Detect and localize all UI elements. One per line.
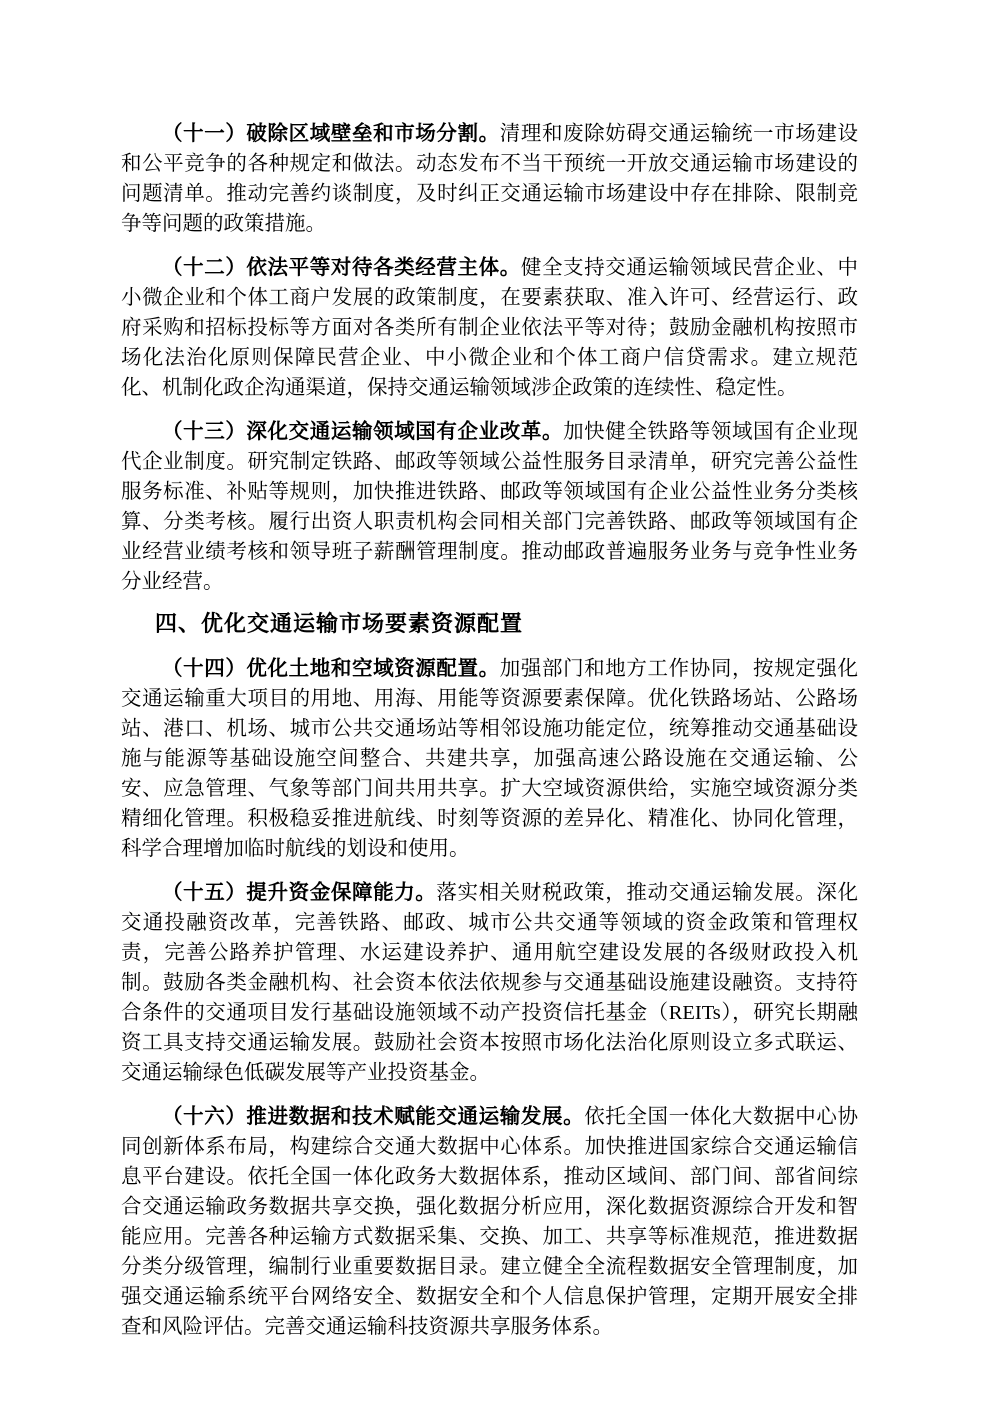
paragraph-item-15-lead: （十五）提升资金保障能力。 — [162, 880, 436, 904]
paragraph-item-15-body: 落实相关财税政策，推动交通运输发展。深化交通投融资改革，完善铁路、邮政、城市公共… — [121, 882, 858, 1084]
section-heading-4: 四、优化交通运输市场要素资源配置 — [121, 610, 858, 640]
paragraph-item-12-lead: （十二）依法平等对待各类经营主体。 — [162, 255, 521, 279]
paragraph-item-16: （十六）推进数据和技术赋能交通运输发展。依托全国一体化大数据中心协同创新体系布局… — [121, 1101, 858, 1342]
document-page: （十一）破除区域壁垒和市场分割。清理和废除妨碍交通运输统一市场建设和公平竞争的各… — [0, 0, 991, 1403]
document-content: （十一）破除区域壁垒和市场分割。清理和废除妨碍交通运输统一市场建设和公平竞争的各… — [121, 118, 858, 1355]
paragraph-item-14: （十四）优化土地和空域资源配置。加强部门和地方工作协同，按规定强化交通运输重大项… — [121, 653, 858, 864]
paragraph-item-16-body: 依托全国一体化大数据中心协同创新体系布局，构建综合交通大数据中心体系。加快推进国… — [121, 1106, 858, 1338]
paragraph-item-12: （十二）依法平等对待各类经营主体。健全支持交通运输领域民营企业、中小微企业和个体… — [121, 252, 858, 403]
paragraph-item-13: （十三）深化交通运输领域国有企业改革。加快健全铁路等领域国有企业现代企业制度。研… — [121, 416, 858, 597]
paragraph-item-11: （十一）破除区域壁垒和市场分割。清理和废除妨碍交通运输统一市场建设和公平竞争的各… — [121, 118, 858, 239]
paragraph-item-13-lead: （十三）深化交通运输领域国有企业改革。 — [162, 419, 563, 443]
paragraph-item-15: （十五）提升资金保障能力。落实相关财税政策，推动交通运输发展。深化交通投融资改革… — [121, 877, 858, 1088]
paragraph-item-11-lead: （十一）破除区域壁垒和市场分割。 — [162, 121, 500, 145]
paragraph-item-16-lead: （十六）推进数据和技术赋能交通运输发展。 — [162, 1104, 584, 1128]
paragraph-item-14-lead: （十四）优化土地和空域资源配置。 — [162, 656, 500, 680]
paragraph-item-14-body: 加强部门和地方工作协同，按规定强化交通运输重大项目的用地、用海、用能等资源要素保… — [121, 658, 858, 860]
paragraph-item-13-body: 加快健全铁路等领域国有企业现代企业制度。研究制定铁路、邮政等领域公益性服务目录清… — [121, 421, 858, 593]
